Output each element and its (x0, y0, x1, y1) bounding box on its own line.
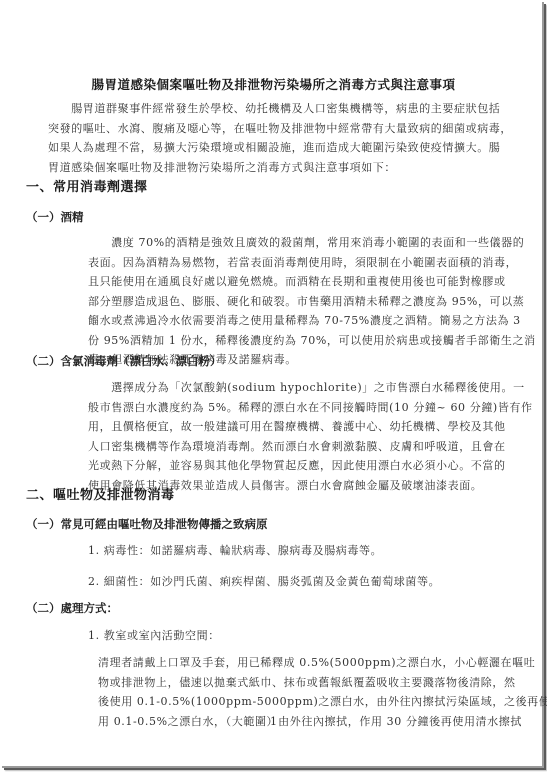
text-line: 物或排泄物上，儘速以拋棄式紙巾、抹布或舊報紙覆蓋吸收主要濺落物後清除，然 (98, 673, 510, 693)
text-line: 且只能使用在通風良好處以避免燃燒。而酒精在長期和重複使用後也可能對橡膠或 (88, 272, 508, 292)
text-line: 表面。因為酒精為易燃物，若當表面消毒劑使用時，須限制在小範圍表面積的消毒， (88, 253, 508, 273)
document-page: 腸胃道感染個案嘔吐物及排泄物污染場所之消毒方式與注意事項 腸胃道群聚事件經常發生… (0, 0, 542, 766)
list-item-classroom: 1. 教室或室內活動空間： (88, 627, 220, 643)
text-line: 餾水或煮沸過冷水依需要消毒之使用量稀釋為 70-75%濃度之酒精。簡易之方法為 … (88, 311, 508, 331)
text-line: 腸胃道群聚事件經常發生於學校、幼托機構及人口密集機構等，病患的主要症狀包括 (48, 99, 500, 119)
text-line: 後使用 0.1-0.5%(1000ppm-5000ppm)之漂白水，由外往內擦拭… (98, 692, 510, 712)
text-line: 部分塑膠造成退色、膨脹、硬化和破裂。市售藥用酒精未稀釋之濃度為 95%，可以蒸 (88, 292, 508, 312)
subsection-heading-pathogens: （一）常見可經由嘔吐物及排泄物傳播之致病原 (26, 516, 268, 532)
section-heading-2: 二、嘔吐物及排泄物消毒 (26, 484, 175, 503)
text-line: 般市售漂白水濃度約為 5%。稀釋的漂白水在不同接觸時間(10 分鐘~ 60 分鐘… (88, 398, 508, 418)
list-item-bacterial: 2. 細菌性：如沙門氏菌、痢疾桿菌、腸炎弧菌及金黃色葡萄球菌等。 (88, 573, 440, 589)
subsection-heading-handling: （二）處理方式： (26, 600, 118, 616)
page-number: 1 (0, 715, 547, 728)
text-line: 突發的嘔吐、水瀉、腹痛及噁心等，在嘔吐物及排泄物中經常帶有大量致病的細菌或病毒， (48, 119, 500, 139)
text-line: 人口密集機構等作為環境消毒劑。然而漂白水會刺激黏膜、皮膚和呼吸道，且會在 (88, 437, 508, 457)
text-line: 清理者請戴上口罩及手套，用已稀釋成 0.5%(5000ppm)之漂白水，小心輕灑… (98, 653, 510, 673)
document-title: 腸胃道感染個案嘔吐物及排泄物污染場所之消毒方式與注意事項 (0, 75, 547, 93)
text-line: 光或熱下分解，並容易與其他化學物質起反應，因此使用漂白水必須小心。不當的 (88, 456, 508, 476)
subsection-heading-alcohol: （一）酒精 (26, 209, 84, 225)
text-line: 胃道感染個案嘔吐物及排泄物污染場所之消毒方式與注意事項如下： (48, 158, 500, 178)
text-line: 份 95%酒精加 1 份水，稀釋後濃度約為 70%，可以使用於病患或接觸者手部衛… (88, 331, 508, 351)
text-line: 用，且價格便宜，故一般建議可用在醫療機構、養護中心、幼托機構、學校及其他 (88, 417, 508, 437)
alcohol-paragraph: 濃度 70%的酒精是強效且廣效的殺菌劑，常用來消毒小範圍的表面和一些儀器的 表面… (88, 233, 508, 370)
section-heading-1: 一、常用消毒劑選擇 (26, 176, 148, 195)
intro-paragraph: 腸胃道群聚事件經常發生於學校、幼托機構及人口密集機構等，病患的主要症狀包括 突發… (48, 99, 500, 177)
text-line: 如果人為處理不當，易擴大污染環境或相關設施，進而造成大範圍污染致使疫情擴大。腸 (48, 138, 500, 158)
chlorine-paragraph: 選擇成分為「次氯酸鈉(sodium hypochlorite)」之市售漂白水稀釋… (88, 378, 508, 495)
subsection-heading-chlorine: （二）含氯消毒劑（漂白水、漂白粉） (26, 353, 222, 369)
text-line: 選擇成分為「次氯酸鈉(sodium hypochlorite)」之市售漂白水稀釋… (88, 378, 508, 398)
list-item-viral: 1. 病毒性：如諾羅病毒、輪狀病毒、腺病毒及腸病毒等。 (88, 542, 382, 558)
text-line: 濃度 70%的酒精是強效且廣效的殺菌劑，常用來消毒小範圍的表面和一些儀器的 (88, 233, 508, 253)
